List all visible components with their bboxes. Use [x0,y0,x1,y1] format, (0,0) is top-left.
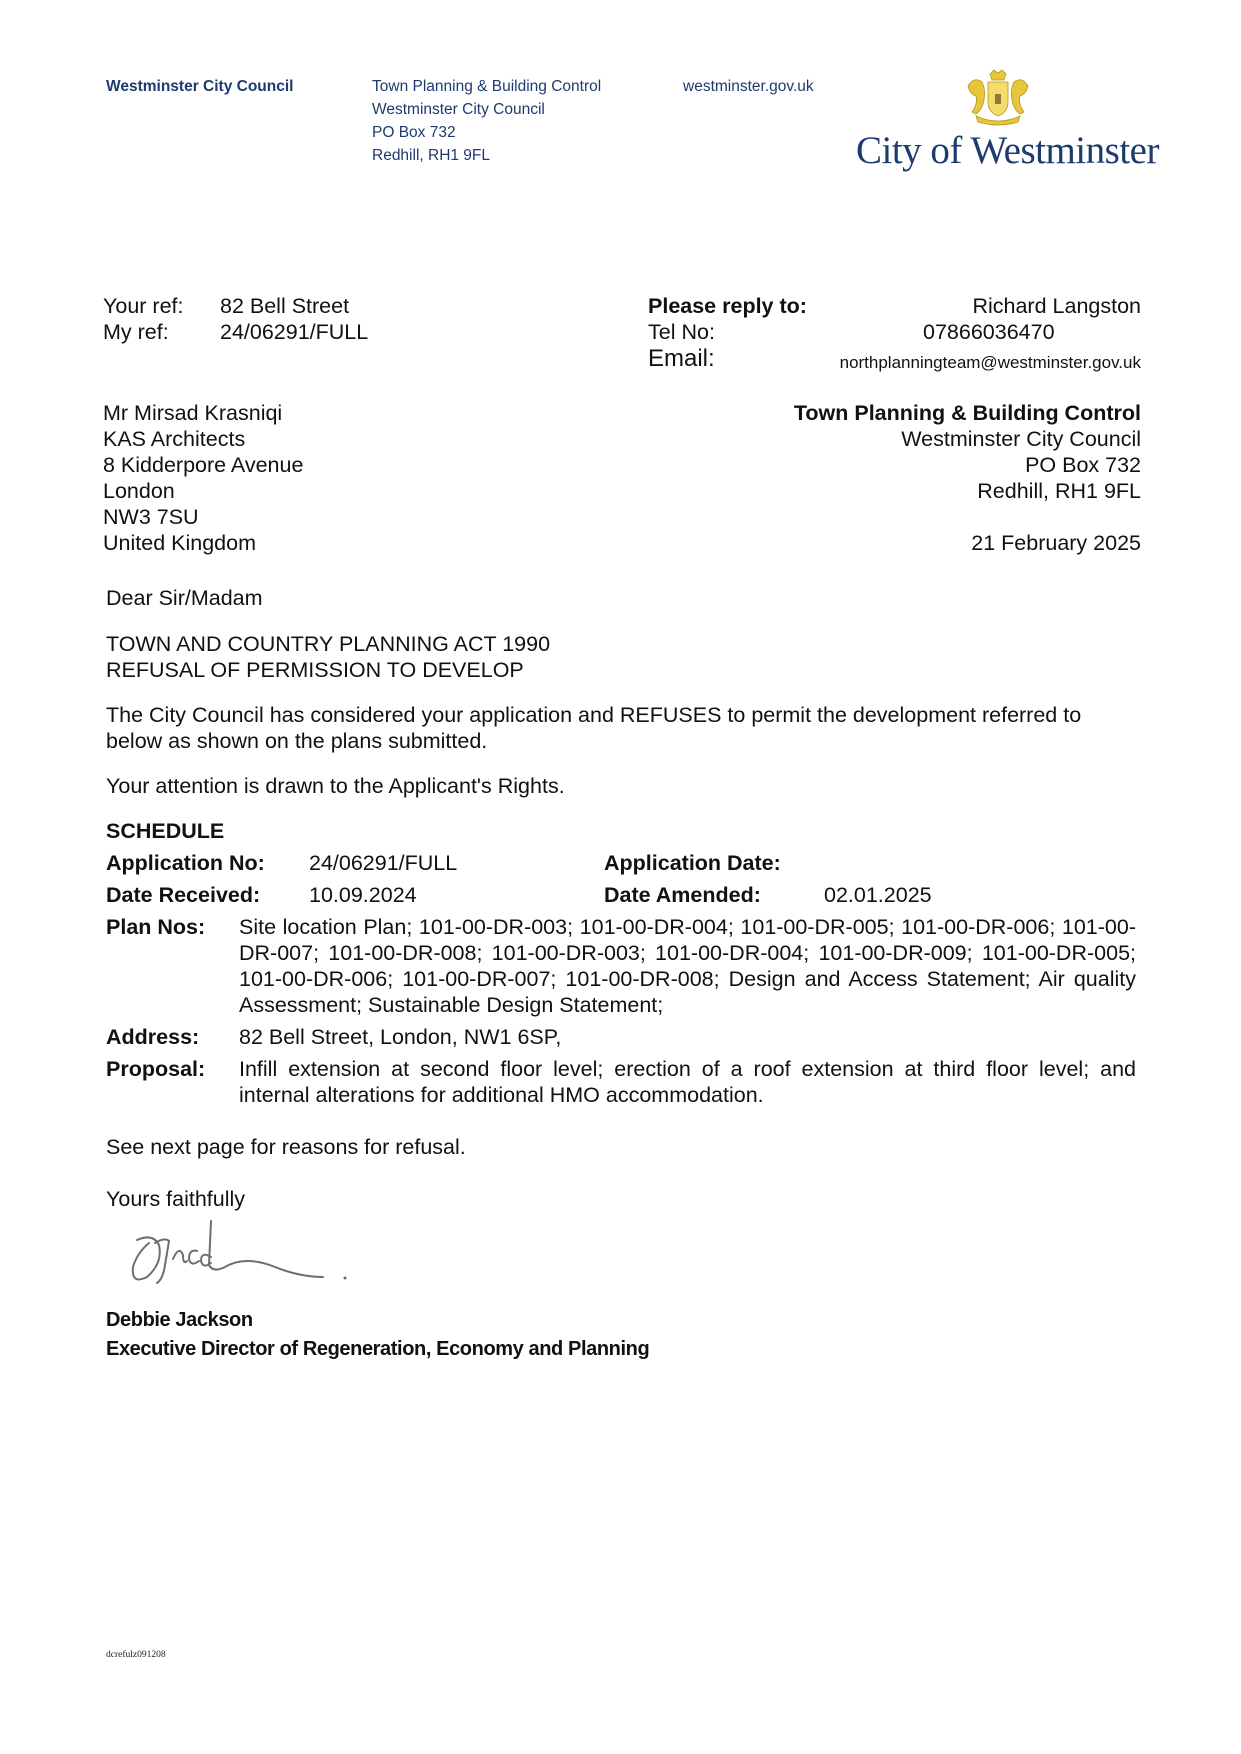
proposal-value: Infill extension at second floor level; … [239,1056,1136,1108]
sign-off: Yours faithfully [106,1186,245,1212]
sender-title: Town Planning & Building Control [794,400,1141,426]
recipient-line: KAS Architects [103,426,303,452]
application-date-label: Application Date: [604,850,824,876]
dept-line: Town Planning & Building Control [372,75,601,98]
letter-date: 21 February 2025 [794,530,1141,556]
dept-address: Town Planning & Building Control Westmin… [372,75,601,167]
recipient-line: Mr Mirsad Krasniqi [103,400,303,426]
document-code: dcrefulz091208 [106,1650,166,1660]
recipient-line: NW3 7SU [103,504,303,530]
website-link[interactable]: westminster.gov.uk [683,75,814,98]
application-no-value: 24/06291/FULL [309,850,604,876]
recipient-line: 8 Kidderpore Avenue [103,452,303,478]
salutation: Dear Sir/Madam [106,585,1141,611]
date-amended-label: Date Amended: [604,882,824,908]
dept-line: PO Box 732 [372,121,601,144]
email-label: Email: [648,345,715,373]
dept-line: Redhill, RH1 9FL [372,144,601,167]
date-amended-value: 02.01.2025 [824,882,932,908]
handwritten-signature-icon [125,1215,365,1290]
date-received-label: Date Received: [106,882,309,908]
schedule-title: SCHEDULE [106,818,1136,844]
refusal-heading: REFUSAL OF PERMISSION TO DEVELOP [106,657,1141,683]
schedule: SCHEDULE Application No: 24/06291/FULL A… [106,818,1136,1108]
your-ref-value: 82 Bell Street [220,293,349,319]
my-ref-label: My ref: [103,319,220,345]
rights-paragraph: Your attention is drawn to the Applicant… [106,773,1141,799]
sender-line: PO Box 732 [794,452,1141,478]
act-heading: TOWN AND COUNTRY PLANNING ACT 1990 [106,631,1141,657]
sender-address: Town Planning & Building Control Westmin… [794,400,1141,556]
application-no-label: Application No: [106,850,309,876]
recipient-line: United Kingdom [103,530,303,556]
coat-of-arms-icon [962,68,1034,126]
org-name: Westminster City Council [106,75,293,98]
plan-nos-label: Plan Nos: [106,914,239,1018]
plan-nos-value: Site location Plan; 101-00-DR-003; 101-0… [239,914,1136,1018]
tel-value: 07866036470 [923,319,1055,345]
reply-label: Please reply to: [648,293,807,319]
refs-block: Your ref:82 Bell Street My ref:24/06291/… [103,293,368,345]
address-label: Address: [106,1024,239,1050]
tel-label: Tel No: [648,319,715,345]
my-ref-value: 24/06291/FULL [220,319,368,345]
refusal-paragraph: The City Council has considered your app… [106,702,1126,754]
proposal-label: Proposal: [106,1056,239,1108]
signatory-title: Executive Director of Regeneration, Econ… [106,1335,649,1364]
email-value[interactable]: northplanningteam@westminster.gov.uk [840,352,1141,374]
sender-line: Redhill, RH1 9FL [794,478,1141,504]
recipient-address: Mr Mirsad Krasniqi KAS Architects 8 Kidd… [103,400,303,556]
date-received-value: 10.09.2024 [309,882,604,908]
letter-body: Dear Sir/Madam TOWN AND COUNTRY PLANNING… [106,585,1141,799]
signatory-name: Debbie Jackson [106,1306,649,1335]
sender-line: Westminster City Council [794,426,1141,452]
dept-line: Westminster City Council [372,98,601,121]
your-ref-label: Your ref: [103,293,220,319]
reply-name: Richard Langston [972,293,1141,319]
recipient-line: London [103,478,303,504]
next-page-note: See next page for reasons for refusal. [106,1134,466,1160]
address-value: 82 Bell Street, London, NW1 6SP, [239,1024,1136,1050]
signatory: Debbie Jackson Executive Director of Reg… [106,1306,649,1364]
logo-wordmark: City of Westminster [856,128,1159,173]
